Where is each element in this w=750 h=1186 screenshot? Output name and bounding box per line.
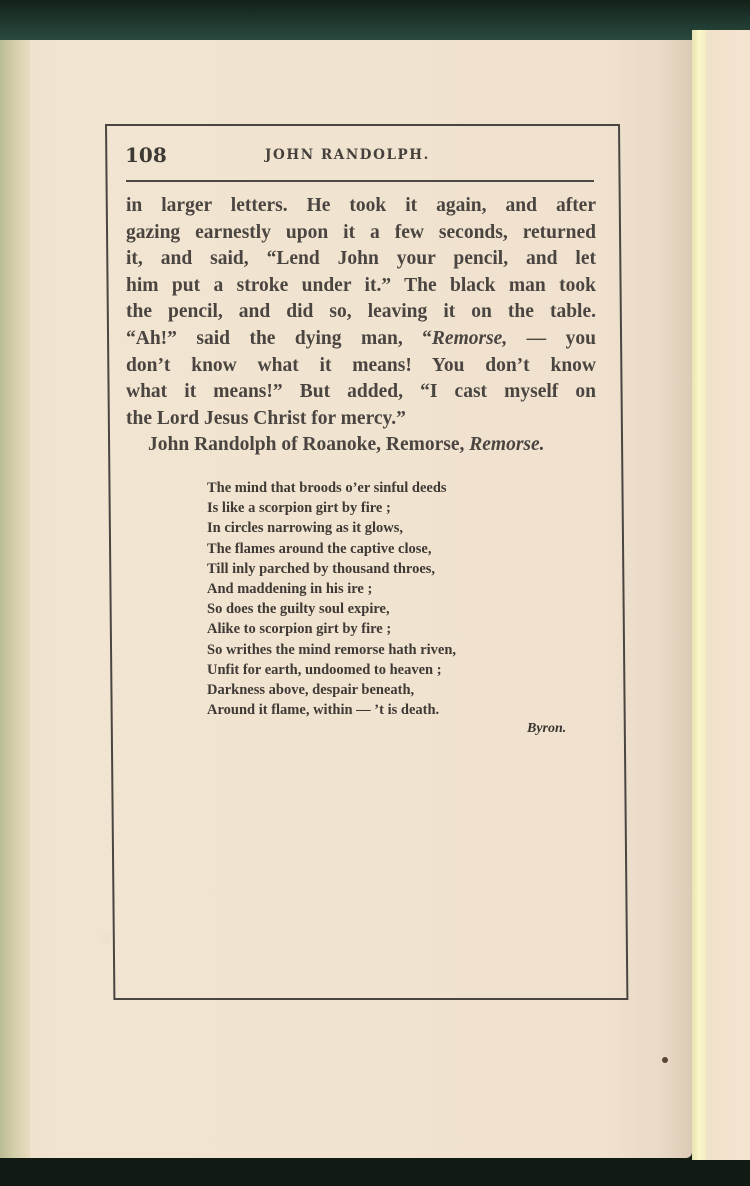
poem-verse: Alike to scorpion girt by fire ;: [207, 619, 456, 639]
page-gutter-shadow: [0, 40, 30, 1158]
poem-attribution: Byron.: [527, 721, 566, 737]
running-title: JOHN RANDOLPH.: [265, 147, 430, 163]
prose-closing-line: John Randolph of Roanoke, Remorse, Remor…: [126, 432, 596, 459]
page-number: 108: [125, 143, 167, 167]
page-fore-edge: [692, 30, 706, 1160]
italic-remorse: Remorse,: [432, 328, 507, 349]
poem-verse: Is like a scorpion girt by fire ;: [207, 498, 456, 518]
prose-line: the pencil, and did so, leaving it on th…: [126, 299, 596, 326]
frame-border-gap: [100, 933, 110, 945]
poem-verse: Till inly parched by thousand throes,: [207, 559, 456, 579]
poem-verse: Darkness above, despair beneath,: [207, 680, 456, 700]
poem-verse: The mind that broods o’er sinful deeds: [207, 478, 456, 498]
poem-verse: And maddening in his ire ;: [207, 579, 456, 599]
poem-verse: In circles narrowing as it glows,: [207, 518, 456, 538]
prose-text: John Randolph of Roanoke, Remorse,: [148, 434, 469, 455]
prose-text: “Ah!” said the dying man, “: [126, 328, 432, 349]
prose-line: in larger letters. He took it again, and…: [126, 193, 596, 220]
prose-text: — you: [507, 328, 596, 349]
prose-line: him put a stroke under it.” The black ma…: [126, 273, 596, 300]
poem-block: The mind that broods o’er sinful deeds I…: [207, 478, 456, 720]
poem-verse: So writhes the mind remorse hath riven,: [207, 640, 456, 660]
prose-line: gazing earnestly upon it a few seconds, …: [126, 220, 596, 247]
poem-verse: The flames around the captive close,: [207, 539, 456, 559]
prose-line-remorse: “Ah!” said the dying man, “Remorse, — yo…: [126, 326, 596, 353]
header-rule: [126, 180, 594, 182]
prose-line: what it means!” But added, “I cast mysel…: [126, 379, 596, 406]
italic-remorse: Remorse.: [469, 434, 544, 455]
poem-verse: Unfit for earth, undoomed to heaven ;: [207, 660, 456, 680]
prose-paragraph: in larger letters. He took it again, and…: [126, 193, 596, 459]
paper-foxing-spot: [662, 1057, 668, 1063]
prose-line: the Lord Jesus Christ for mercy.”: [126, 406, 596, 433]
running-head: 108 JOHN RANDOLPH.: [125, 140, 595, 170]
poem-verse: So does the guilty soul expire,: [207, 599, 456, 619]
next-page-edge: [706, 30, 750, 1160]
prose-line: it, and said, “Lend John your pencil, an…: [126, 246, 596, 273]
book-cover-bottom-edge: [0, 1155, 750, 1186]
poem-verse: Around it flame, within — ’t is death.: [207, 700, 456, 720]
prose-line: don’t know what it means! You don’t know: [126, 353, 596, 380]
book-cover-top-edge: [0, 0, 750, 42]
